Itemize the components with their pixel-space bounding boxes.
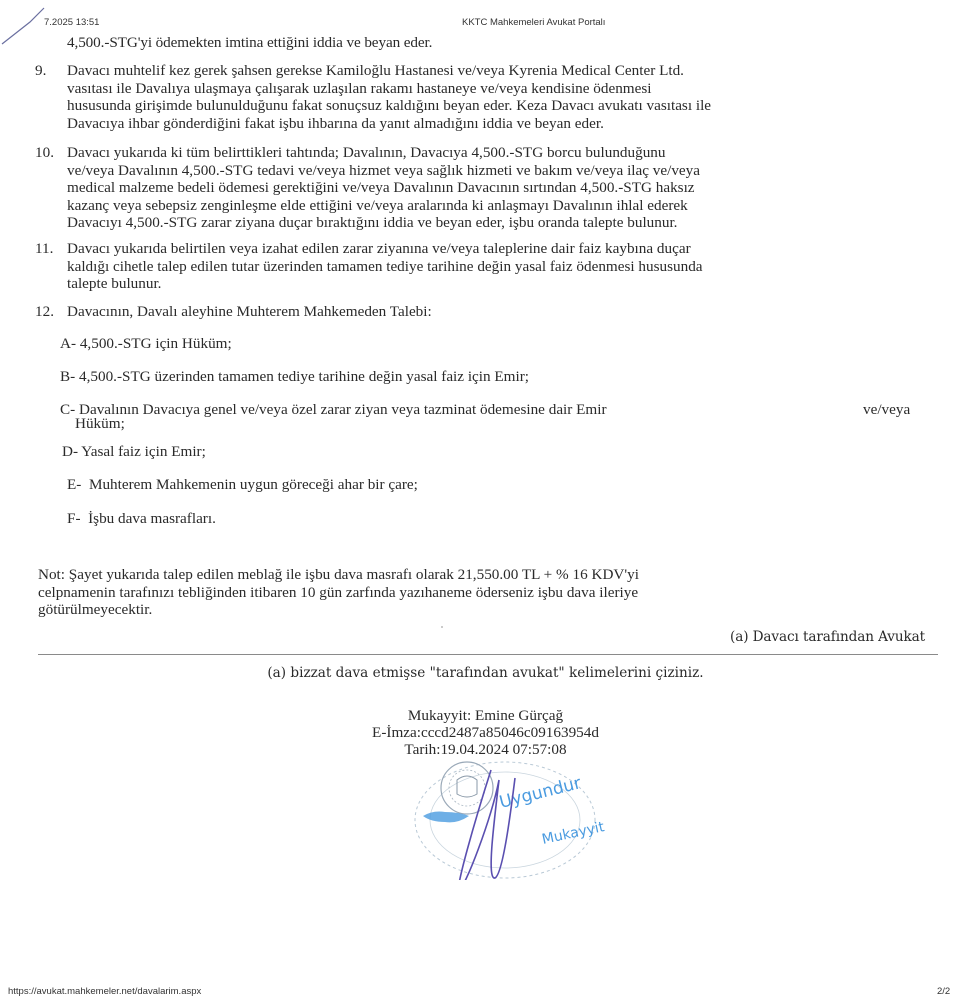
claim-text: Muhterem Mahkemenin uygun göreceği ahar … [89,476,418,493]
paragraph-line: Davacının, Davalı aleyhine Muhterem Mahk… [67,303,432,321]
claim-label: D- [62,443,78,460]
scan-speck [441,626,443,628]
paragraph-line: kazanç veya sebepsiz zenginleşme elde et… [67,197,700,215]
registrar-esign: E-İmza:cccd2487a85046c09163954d [0,724,971,741]
continuation-line: 4,500.-STG'yi ödemekten imtina ettiğini … [67,34,432,52]
note-line: celpnamenin tarafınızı tebliğinden itiba… [38,584,639,602]
claim-label: A- [60,335,76,352]
stamp-text-top: Uygundur [497,773,583,813]
claim-label: F- [67,510,81,527]
paragraph-line: Davacı muhtelif kez gerek şahsen gerekse… [67,62,711,80]
claim-text: 4,500.-STG için Hüküm; [80,335,232,352]
paragraph-line: hususunda girişimde bulunulduğunu fakat … [67,97,711,115]
claim-label: B- [60,368,75,385]
registrar-date: Tarih:19.04.2024 07:57:08 [0,741,971,758]
claim-text: Davalının Davacıya genel ve/veya özel za… [79,401,607,418]
claim-text: Yasal faiz için Emir; [81,443,206,460]
claim-b: B- 4,500.-STG üzerinden tamamen tediye t… [60,368,529,386]
page-number: 2/2 [937,986,950,997]
paragraph-line: Davacıyı 4,500.-STG zarar ziyana duçar b… [67,214,700,232]
paragraph-line: ve/veya Davalının 4,500.-STG tedavi ve/v… [67,162,700,180]
page-url: https://avukat.mahkemeler.net/davalarim.… [8,986,201,997]
claim-c-continuation: Hüküm; [75,415,125,433]
note-line: götürülmeyecektir. [38,601,639,619]
paragraph-line: Davacı yukarıda belirtilen veya izahat e… [67,240,703,258]
paragraph-number: 11. [35,240,53,258]
claim-text: İşbu dava masrafları. [88,510,216,527]
claim-label: C- [60,401,75,418]
court-stamp: Uygundur Mukayyit [395,760,695,880]
claim-d: D- Yasal faiz için Emir; [62,443,206,461]
stamp-text-bottom: Mukayyit [541,819,607,848]
registrar-block: Mukayyit: Emine Gürçağ E-İmza:cccd2487a8… [0,707,971,758]
registrar-name: Mukayyit: Emine Gürçağ [0,707,971,724]
paragraph-line: talepte bulunur. [67,275,703,293]
print-date: 7.2025 13:51 [44,17,99,28]
note-line: Not: Şayet yukarıda talep edilen meblağ … [38,566,639,584]
signatory-line: (a) Davacı tarafından Avukat [730,629,925,647]
note: Not: Şayet yukarıda talep edilen meblağ … [38,566,639,619]
strike-instruction: (a) bizzat dava etmişse "tarafından avuk… [0,665,971,682]
paragraph-line: Davacı yukarıda ki tüm belirttikleri tah… [67,144,700,162]
paragraph-line: kaldığı cihetle talep edilen tutar üzeri… [67,258,703,276]
paragraph-number: 10. [35,144,54,162]
claim-text: 4,500.-STG üzerinden tamamen tediye tari… [79,368,529,385]
claim-c: C- Davalının Davacıya genel ve/veya özel… [60,401,607,419]
paragraph-line: medical malzeme bedeli ödemesi gerektiği… [67,179,700,197]
claim-a: A- 4,500.-STG için Hüküm; [60,335,232,353]
claim-e: E- Muhterem Mahkemenin uygun göreceği ah… [67,476,418,494]
paragraph-number: 9. [35,62,46,80]
paragraph-line: vasıtası ile Davalıya ulaşmaya çalışarak… [67,80,711,98]
paragraph-number: 12. [35,303,54,321]
claim-f: F- İşbu dava masrafları. [67,510,216,528]
paragraph-line: Davacıya ihbar gönderdiğini fakat işbu i… [67,115,711,133]
claim-c-right: ve/veya [863,401,910,419]
claim-label: E- [67,476,81,493]
divider [38,654,938,655]
portal-title: KKTC Mahkemeleri Avukat Portalı [462,17,605,28]
